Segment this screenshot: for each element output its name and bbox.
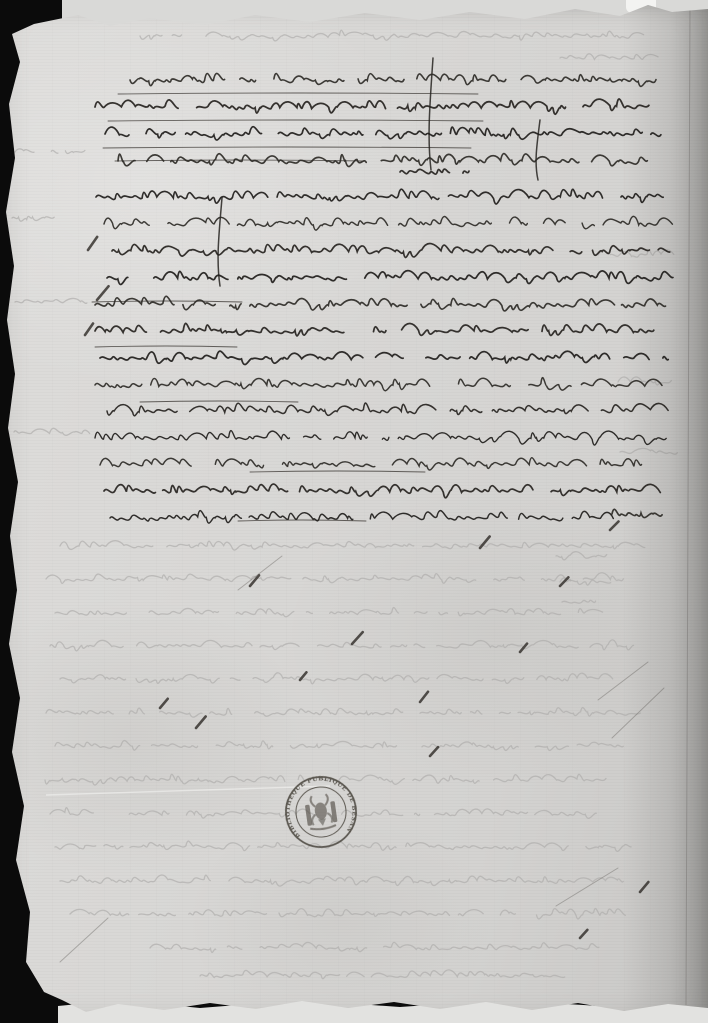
stamp-inscription: BIBLIOTHEQUE PUBLIQUE DE BESANÇON <box>280 771 361 843</box>
manuscript-photo: { "style": { "backdrop_color": "#0b0b0b"… <box>0 0 708 1023</box>
handwriting-layer: BIBLIOTHEQUE PUBLIQUE DE BESANÇON <box>0 0 708 1023</box>
binding-gutter-shadow <box>622 0 708 1023</box>
manuscript-page: BIBLIOTHEQUE PUBLIQUE DE BESANÇON <box>0 0 708 1023</box>
library-stamp: BIBLIOTHEQUE PUBLIQUE DE BESANÇON <box>280 771 362 852</box>
page-edge-vignette <box>0 0 708 1023</box>
